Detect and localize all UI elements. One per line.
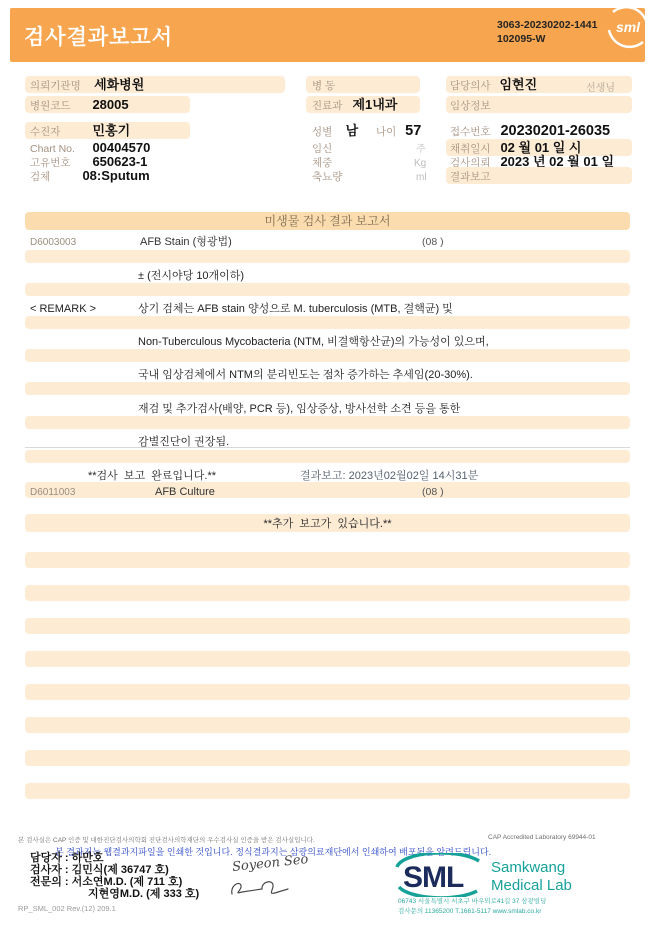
- field-specimen: 검체 08:Sputum: [30, 167, 150, 184]
- test-code: D6011003: [30, 487, 75, 498]
- test-row-2: D6011003: [30, 482, 75, 499]
- report-timestamp: 결과보고: 2023년02월02일 14시31분: [300, 466, 478, 483]
- field-urine: 축뇨량: [312, 167, 342, 184]
- field-label: 병원코드: [30, 98, 88, 115]
- section-divider: [25, 447, 630, 448]
- field-department: 진료과 제1내과: [312, 96, 397, 113]
- complete-message: **검사 보고 완료입니다.**: [88, 466, 216, 483]
- test-name-2: AFB Culture: [155, 482, 215, 499]
- lab-report-page: 검사결과보고서 3063-20230202-1441 102095-W sml …: [0, 0, 655, 925]
- field-doctor: 담당의사 임현진: [450, 76, 537, 93]
- empty-row-stripe: [25, 416, 630, 429]
- remark-line-1: 상기 검체는 AFB stain 양성으로 M. tuberculosis (M…: [138, 299, 453, 316]
- additional-message: **추가 보고가 있습니다.**: [263, 518, 391, 530]
- logo-text: sml: [616, 19, 641, 35]
- field-label: 진료과: [312, 98, 348, 115]
- remark-line-4: 재검 및 추가검사(배양, PCR 등), 임상증상, 방사선학 소견 등을 통…: [138, 399, 460, 416]
- empty-row-stripe: [25, 382, 630, 395]
- lab-address-line-2: 검사문의 11365200 T.1661-5117 www.smlab.co.k…: [398, 906, 541, 915]
- field-value: 28005: [92, 97, 128, 112]
- test-name-1: AFB Stain (형광법): [140, 232, 232, 249]
- test-code: D6003003: [30, 237, 76, 248]
- field-label: 병 동: [312, 80, 335, 92]
- sml-footer-logo: SML Samkwang Medical Lab: [393, 853, 633, 902]
- empty-row-stripe: [25, 618, 630, 634]
- signature-scribble-icon: [228, 878, 292, 905]
- cap-accreditation-text: CAP Accredited Laboratory 69944-01: [488, 834, 596, 841]
- test-row-1: D6003003: [30, 232, 76, 249]
- remark-line-3: 국내 임상검체에서 NTM의 분리빈도는 점차 증가하는 추세임(20-30%)…: [138, 365, 473, 382]
- field-patient-name: 수진자 민홍기: [30, 122, 130, 139]
- empty-row-stripe: [25, 316, 630, 329]
- empty-row-stripe: [25, 585, 630, 601]
- field-value: 제1내과: [352, 97, 397, 112]
- remark-line-2: Non-Tuberculous Mycobacteria (NTM, 비결핵항산…: [138, 332, 489, 349]
- additional-report-stripe: **추가 보고가 있습니다.**: [25, 514, 630, 532]
- empty-row-stripe: [25, 349, 630, 362]
- document-number-1: 3063-20230202-1441: [497, 19, 617, 33]
- document-number-2: 102095-W: [497, 33, 617, 47]
- document-numbers: 3063-20230202-1441 102095-W: [497, 19, 617, 46]
- field-label: 임상정보: [450, 100, 491, 112]
- field-report-date: 결과보고: [450, 167, 491, 184]
- test-specimen-2: (08 ): [422, 482, 444, 499]
- field-ward: 병 동: [312, 76, 335, 93]
- logo-abbr: SML: [403, 861, 464, 894]
- field-hospital-code: 병원코드 28005: [30, 96, 129, 113]
- staff-specialist-2: 지현영M.D. (제 333 호): [88, 885, 199, 901]
- field-value: 20230201-26035: [500, 123, 610, 139]
- age-label: 나이: [376, 126, 396, 138]
- field-label: 검체: [30, 169, 78, 186]
- logo-name-1: Samkwang: [491, 859, 565, 876]
- field-value: 임현진: [499, 77, 537, 92]
- field-value: 08:Sputum: [82, 168, 149, 183]
- urine-unit: ml: [416, 167, 427, 184]
- empty-row-stripe: [25, 717, 630, 733]
- empty-row-stripe: [25, 450, 630, 463]
- test-row-2-stripe: [25, 482, 630, 498]
- empty-row-stripe: [25, 651, 630, 667]
- field-label: 축뇨량: [312, 171, 342, 183]
- accreditation-fineprint: 본 검사실은 CAP 인증 및 대한진단검사의학회 진단검사의학재단의 우수검사…: [18, 835, 315, 844]
- empty-row-stripe: [25, 250, 630, 263]
- remark-label: < REMARK >: [30, 299, 96, 316]
- test-specimen-1: (08 ): [422, 232, 444, 249]
- empty-row-stripe: [25, 283, 630, 296]
- empty-row-stripe: [25, 783, 630, 799]
- test-result: ± (전시야당 10개이하): [138, 266, 244, 283]
- field-label: 담당의사: [450, 80, 491, 92]
- age-value: 57: [405, 123, 421, 139]
- field-receipt-no: 접수번호 20230201-26035: [450, 122, 610, 139]
- form-number: RP_SML_002 Rev.(12) 209.1: [18, 904, 116, 913]
- field-value: 세화병원: [94, 77, 144, 92]
- field-clinical-info: 임상정보: [450, 96, 491, 113]
- doctor-suffix: 선생님: [586, 78, 615, 95]
- field-requesting-org: 의뢰기관명 세화병원: [30, 76, 144, 93]
- field-value: 민홍기: [92, 123, 130, 138]
- sex-label: 성별: [312, 126, 332, 138]
- page-title: 검사결과보고서: [24, 21, 173, 51]
- sex-value: 남: [346, 123, 359, 138]
- sml-circle-logo-icon: sml: [604, 3, 652, 51]
- lab-address-line-1: 06743 서울특별시 서초구 바우뫼로41길 37 삼광빌딩: [398, 896, 546, 905]
- field-sex-age: 성별 남 나이 57: [312, 122, 421, 139]
- empty-row-stripe: [25, 552, 630, 568]
- logo-name-2: Medical Lab: [491, 877, 572, 894]
- section-title-band: 미생물 검사 결과 보고서: [25, 212, 630, 230]
- field-label: 결과보고: [450, 171, 491, 183]
- empty-row-stripe: [25, 684, 630, 700]
- empty-row-stripe: [25, 750, 630, 766]
- field-label: 의뢰기관명: [30, 80, 81, 92]
